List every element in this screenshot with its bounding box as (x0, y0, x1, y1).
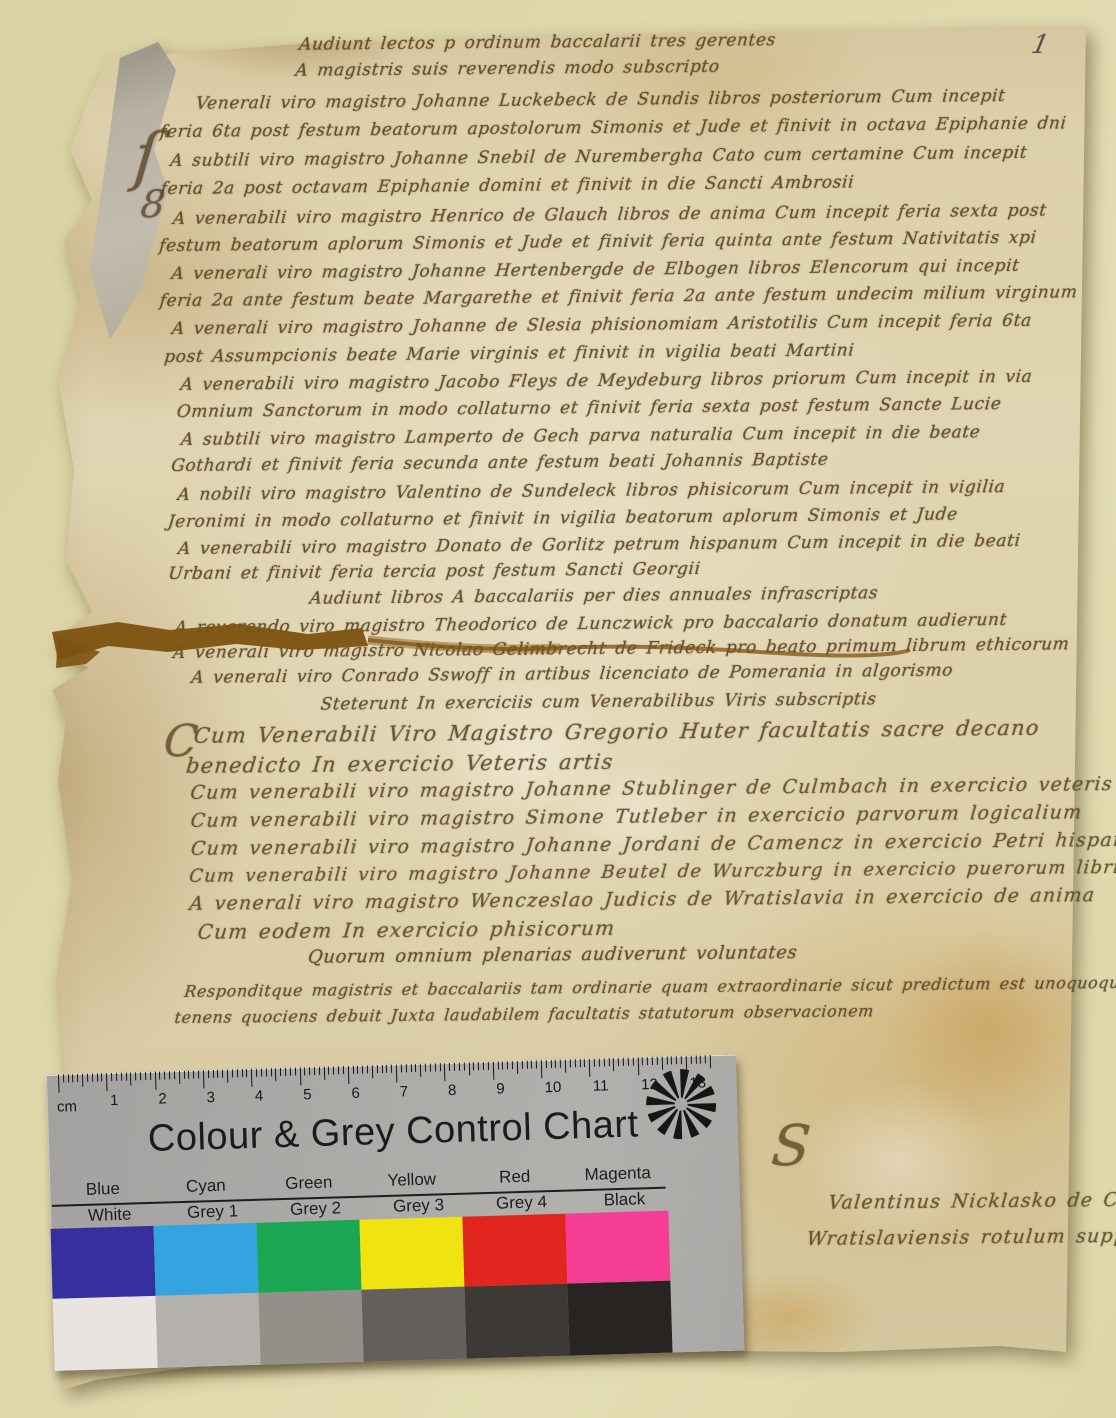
colour-label: Blue (51, 1178, 155, 1201)
grey-patch (567, 1281, 672, 1356)
manuscript-line: S (769, 1114, 814, 1179)
ruler-number: 2 (158, 1090, 167, 1107)
colour-control-chart: cm 12345678910111213 Colour & Grey Contr… (46, 1055, 744, 1371)
manuscript-line: A venerabili viro magistro Henrico de Gl… (172, 201, 1048, 229)
manuscript-line: A venerali viro magistro Johanne de Sles… (171, 311, 1033, 339)
manuscript-line: feria 2a post octavam Epiphanie domini e… (160, 172, 855, 199)
grey-label: Grey 2 (264, 1198, 368, 1221)
grey-patch (464, 1284, 569, 1359)
grey-patch (362, 1287, 467, 1362)
manuscript-line: Jeronimi in modo collaturno et finivit i… (167, 504, 959, 532)
ruler-number: 11 (593, 1077, 609, 1094)
manuscript-line: Gothardi et finivit feria secunda ante f… (170, 450, 829, 476)
manuscript-line: feria 6ta post festum beatorum apostolor… (159, 113, 1067, 142)
manuscript-line: Audiunt lectos p ordinum baccalarii tres… (298, 30, 777, 55)
manuscript-line: A nobili viro magistro Valentino de Sund… (177, 477, 1007, 505)
colour-label: Red (463, 1166, 567, 1189)
grey-label: Grey 1 (161, 1201, 265, 1224)
manuscript-line: feria 2a ante festum beate Margarethe et… (159, 282, 1079, 311)
siemens-star-icon (644, 1067, 718, 1141)
manuscript-line: 8 (139, 182, 168, 226)
ruler-number: 7 (400, 1083, 409, 1100)
colour-label: Cyan (154, 1175, 258, 1198)
colour-label: Yellow (360, 1169, 464, 1192)
grey-label: White (58, 1204, 162, 1227)
grey-label: Grey 4 (470, 1191, 574, 1214)
manuscript-line: A venerabili viro magistro Jacobo Fleys … (180, 367, 1034, 395)
colour-patch (154, 1223, 259, 1296)
manuscript-line: Quorum omnium plenarias audiverunt volun… (307, 942, 798, 968)
manuscript-line: Audiunt libros A baccalariis per dies an… (309, 583, 879, 608)
manuscript-line: Urbani et finivit feria tercia post fest… (167, 559, 701, 584)
colour-patch (51, 1226, 156, 1299)
manuscript-line: A reverendo viro magistro Theodorico de … (174, 610, 1008, 638)
ruler-unit-label: cm (57, 1098, 77, 1116)
manuscript-line: A venerali viro magistro Wenczeslao Judi… (188, 884, 1096, 915)
manuscript-line: A venerabili viro magistro Donato de Gor… (177, 531, 1021, 559)
manuscript-line: A venerali viro magistro Nicolao Gelimbr… (172, 634, 1070, 663)
manuscript-line: A subtili viro magistro Lamperto de Gech… (180, 422, 981, 450)
grey-patch (53, 1296, 158, 1371)
manuscript-line: Wratislaviensis rotulum supplet (806, 1225, 1116, 1250)
grey-label: Grey 3 (367, 1194, 471, 1217)
grey-patch (259, 1290, 364, 1365)
colour-label: Green (257, 1172, 361, 1195)
manuscript-line: Responditque magistris et baccalariis ta… (183, 972, 1116, 1000)
ruler-number: 6 (351, 1085, 360, 1102)
manuscript-line: Cum eodem In exercicio phisicorum (197, 916, 617, 944)
colour-patch (565, 1211, 670, 1284)
manuscript-line: benedicto In exercicio Veteris artis (185, 750, 615, 778)
manuscript-line: A venerali viro Conrado Sswoff in artibu… (190, 660, 954, 687)
ruler-number: 5 (303, 1086, 312, 1103)
manuscript-line: A magistris suis reverendis modo subscri… (295, 57, 721, 81)
ruler-number: 1 (110, 1092, 119, 1109)
manuscript-line: C (162, 716, 201, 767)
colour-label: Magenta (566, 1163, 670, 1186)
manuscript-line: Cum venerabili viro magistro Johanne Stu… (189, 772, 1116, 803)
manuscript-line: Cum Venerabili Viro Magistro Gregorio Hu… (193, 716, 1041, 748)
manuscript-line: Omnium Sanctorum in modo collaturno et f… (176, 394, 1003, 422)
grey-patch (156, 1293, 261, 1368)
manuscript-line: post Assumpcionis beate Marie virginis e… (163, 340, 855, 367)
chart-title: Colour & Grey Control Chart (147, 1103, 639, 1161)
manuscript-line: Cum venerabili viro magistro Johanne Beu… (188, 856, 1116, 887)
ruler-number: 4 (255, 1088, 264, 1105)
manuscript-line: Cum venerabili viro magistro Simone Tutl… (190, 801, 1084, 832)
manuscript-line: Steterunt In exerciciis cum Venerabilibu… (320, 689, 878, 714)
manuscript-line: Valentinus Nicklasko de Cips (827, 1189, 1116, 1214)
colour-patch (462, 1214, 567, 1287)
photograph: Audiunt lectos p ordinum baccalarii tres… (0, 0, 1116, 1418)
manuscript-line: festum beatorum aplorum Simonis et Jude … (158, 228, 1037, 256)
manuscript-line: tenens quociens debuit Juxta laudabilem … (174, 1001, 875, 1027)
colour-patch (359, 1217, 464, 1290)
ruler-number: 8 (448, 1082, 457, 1099)
ruler-number: 10 (544, 1079, 561, 1096)
manuscript-line: Cum venerabili viro magistro Johanne Jor… (190, 829, 1116, 860)
colour-patch (256, 1220, 361, 1293)
ruler-number: 3 (206, 1089, 215, 1106)
manuscript-line: A subtili viro magistro Johanne Snebil d… (169, 143, 1028, 171)
manuscript-line: Venerali viro magistro Johanne Luckebeck… (195, 86, 1007, 114)
grey-label: Black (573, 1188, 677, 1211)
manuscript-line: A venerali viro magistro Johanne Hertenb… (171, 256, 1021, 284)
ruler-number: 9 (496, 1080, 505, 1097)
